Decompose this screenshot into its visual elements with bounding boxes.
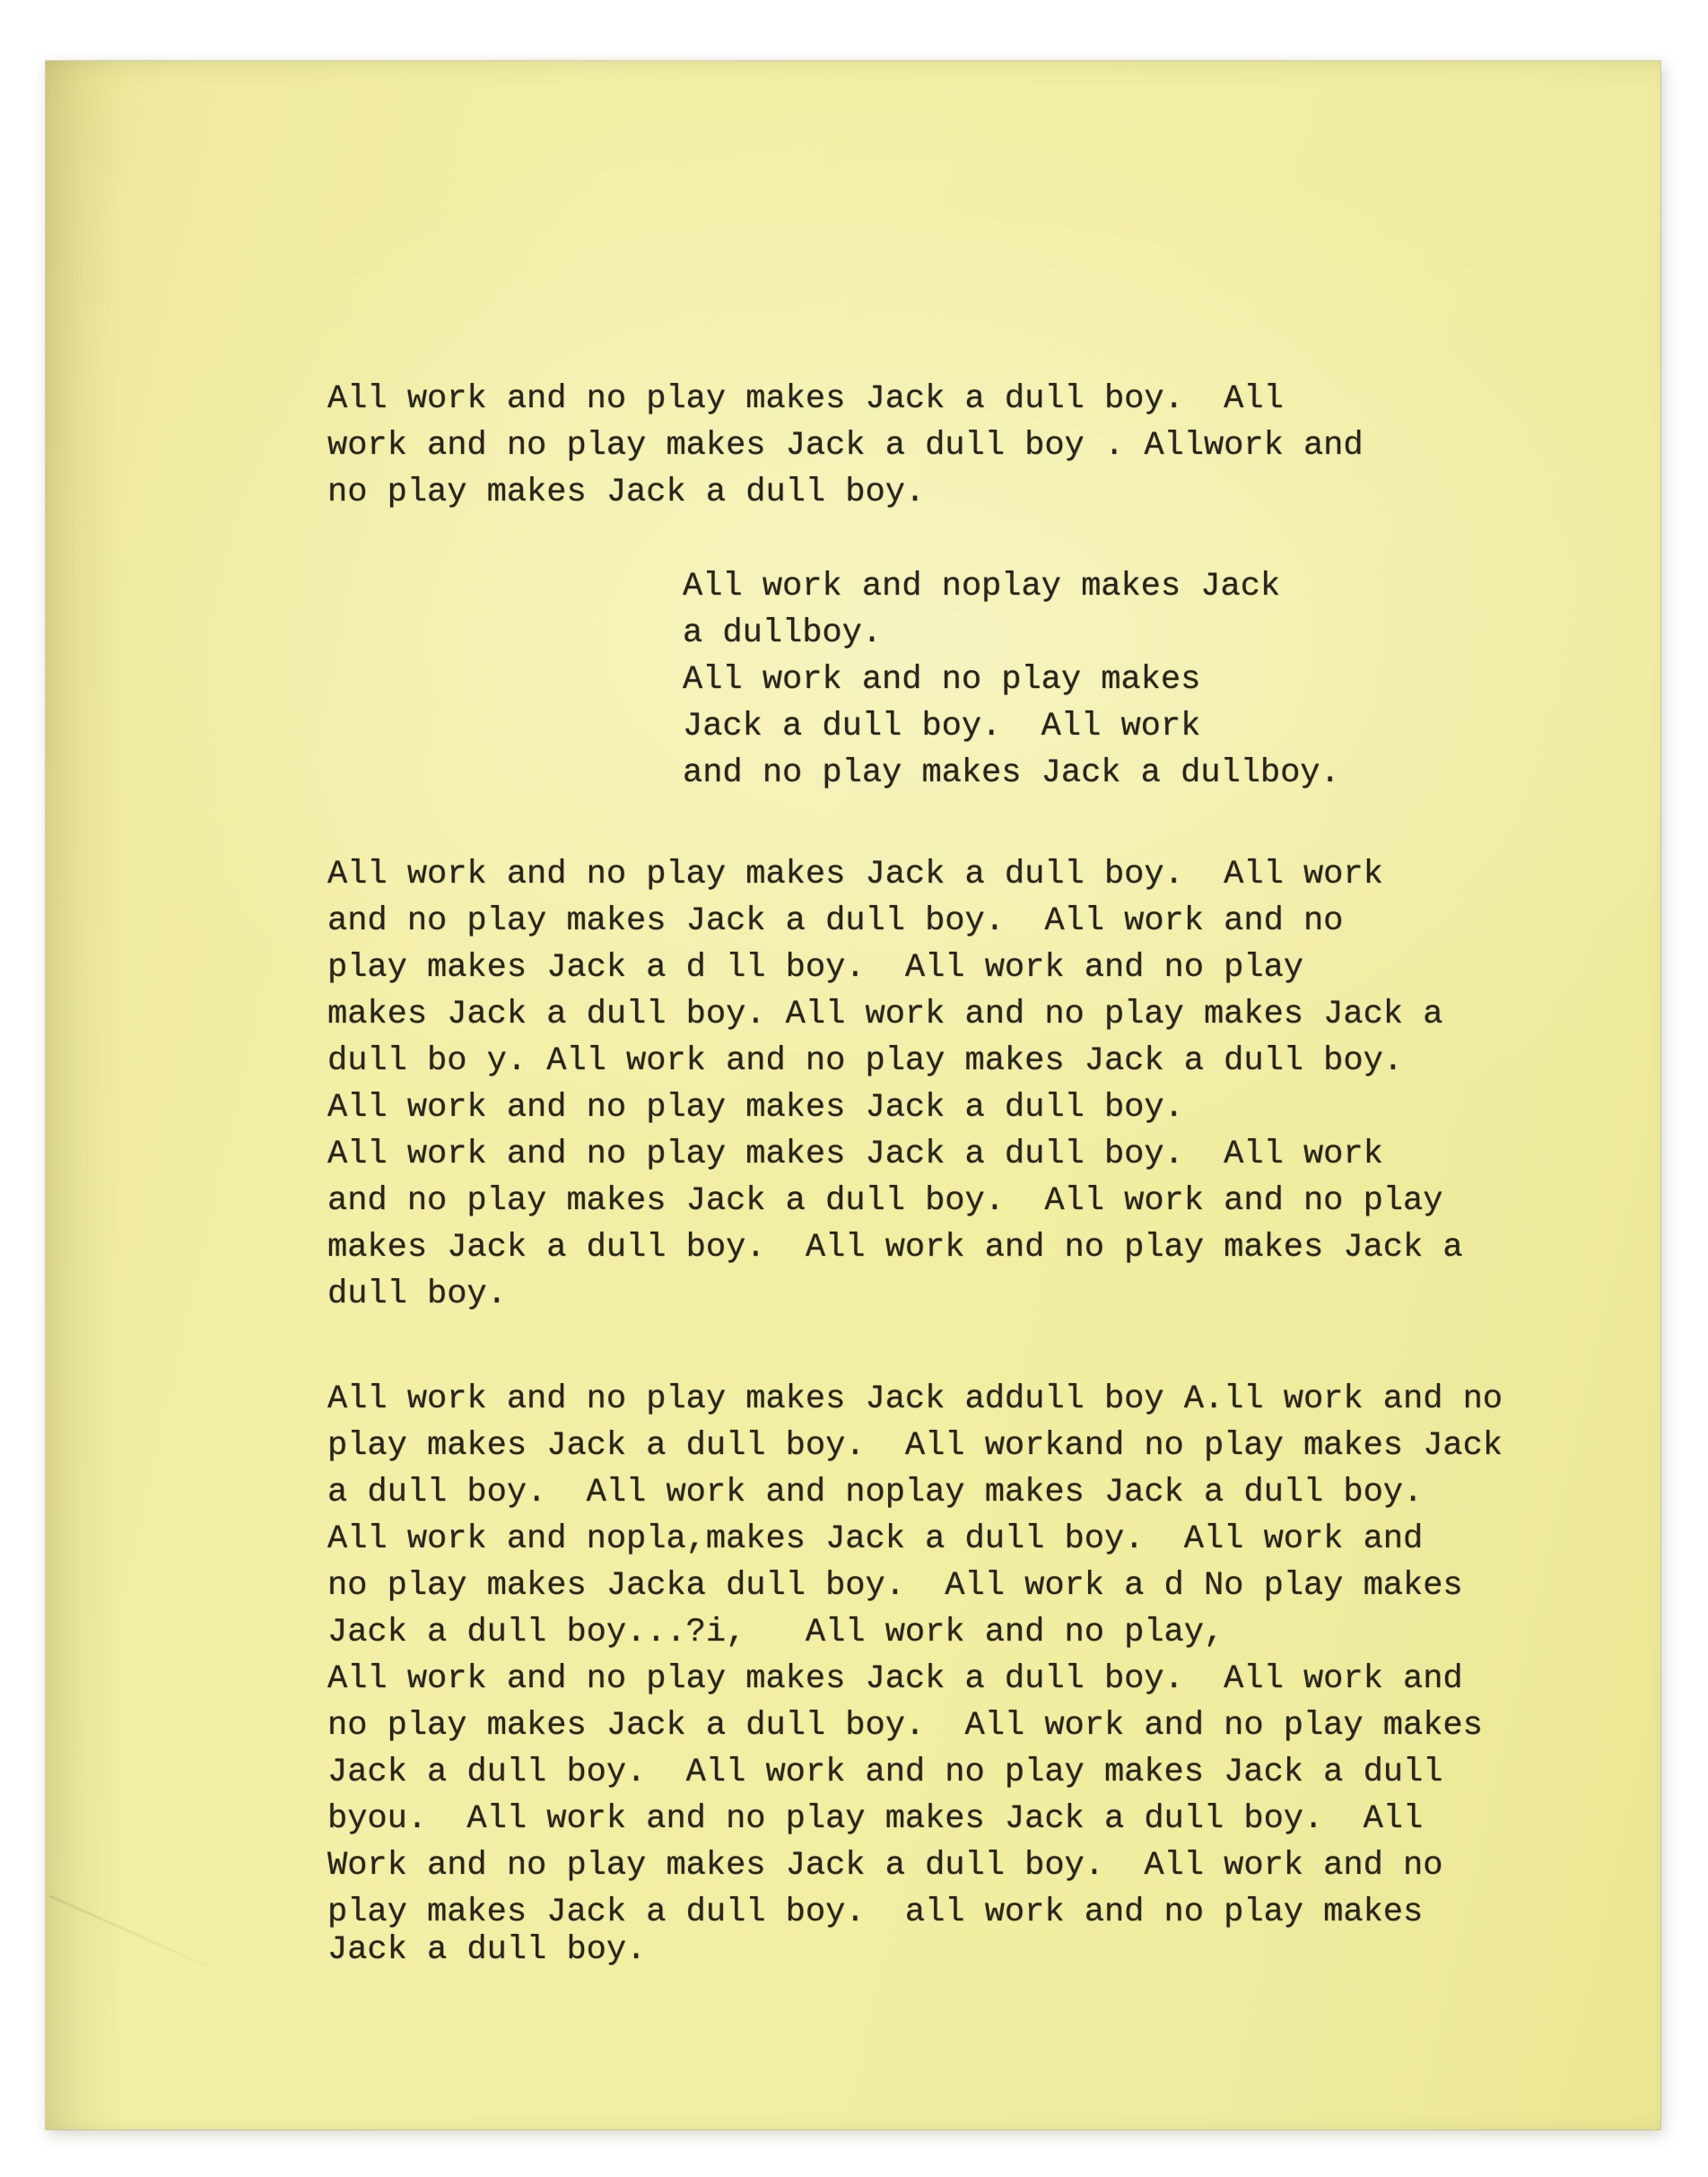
paper-crease-corner <box>49 1894 247 1984</box>
typed-line: All work and no play makes Jack a dull b… <box>327 1131 1503 1178</box>
typed-line: dull boy. <box>327 1271 1503 1318</box>
typed-line: a dullboy. <box>683 610 1503 657</box>
typed-line: Work and no play makes Jack a dull boy. … <box>327 1842 1503 1889</box>
typed-line: All work and nopla,makes Jack a dull boy… <box>327 1516 1503 1563</box>
typed-line: All work and no play makes Jack a dull b… <box>327 1656 1503 1702</box>
typed-line: byou. All work and no play makes Jack a … <box>327 1796 1503 1842</box>
typed-line: and no play makes Jack a dullboy. <box>683 750 1503 797</box>
typed-line: All work and no play makes <box>683 657 1503 703</box>
typed-line: and no play makes Jack a dull boy. All w… <box>327 1178 1503 1224</box>
paragraph-3: All work and no play makes Jack a dull b… <box>327 851 1503 1318</box>
typed-line: All work and noplay makes Jack <box>683 563 1503 610</box>
typed-line: no play makes Jack a dull boy. <box>327 469 1503 516</box>
typed-line: All work and no play makes Jack addull b… <box>327 1376 1503 1423</box>
typed-line: play makes Jack a d ll boy. All work and… <box>327 945 1503 991</box>
typed-line: a dull boy. All work and noplay makes Ja… <box>327 1469 1503 1516</box>
paper-crease-left <box>46 61 126 2129</box>
typed-line: no play makes Jacka dull boy. All work a… <box>327 1563 1503 1609</box>
typed-line: All work and no play makes Jack a dull b… <box>327 851 1503 898</box>
typed-line: makes Jack a dull boy. All work and no p… <box>327 1224 1503 1271</box>
paragraph-4: All work and no play makes Jack addull b… <box>327 1376 1503 1973</box>
typed-line: and no play makes Jack a dull boy. All w… <box>327 898 1503 945</box>
paper-sheet: All work and no play makes Jack a dull b… <box>46 61 1660 2129</box>
typed-text: All work and no play makes Jack a dull b… <box>327 376 1503 1973</box>
typed-line: makes Jack a dull boy. All work and no p… <box>327 991 1503 1038</box>
typed-line: dull bo y. All work and no play makes Ja… <box>327 1038 1503 1084</box>
paragraph-2: All work and noplay makes Jacka dullboy.… <box>327 563 1503 797</box>
paragraph-1: All work and no play makes Jack a dull b… <box>327 376 1503 516</box>
typed-line: All work and no play makes Jack a dull b… <box>327 376 1503 422</box>
typed-line: Jack a dull boy. All work <box>683 703 1503 750</box>
photo-background: All work and no play makes Jack a dull b… <box>0 0 1708 2177</box>
typed-line: Jack a dull boy. All work and no play ma… <box>327 1749 1503 1796</box>
typed-line: Jack a dull boy...?i, All work and no pl… <box>327 1609 1503 1656</box>
typed-line: All work and no play makes Jack a dull b… <box>327 1084 1503 1131</box>
typed-line: work and no play makes Jack a dull boy .… <box>327 422 1503 469</box>
typed-line: play makes Jack a dull boy. All workand … <box>327 1423 1503 1469</box>
typed-line: no play makes Jack a dull boy. All work … <box>327 1702 1503 1749</box>
